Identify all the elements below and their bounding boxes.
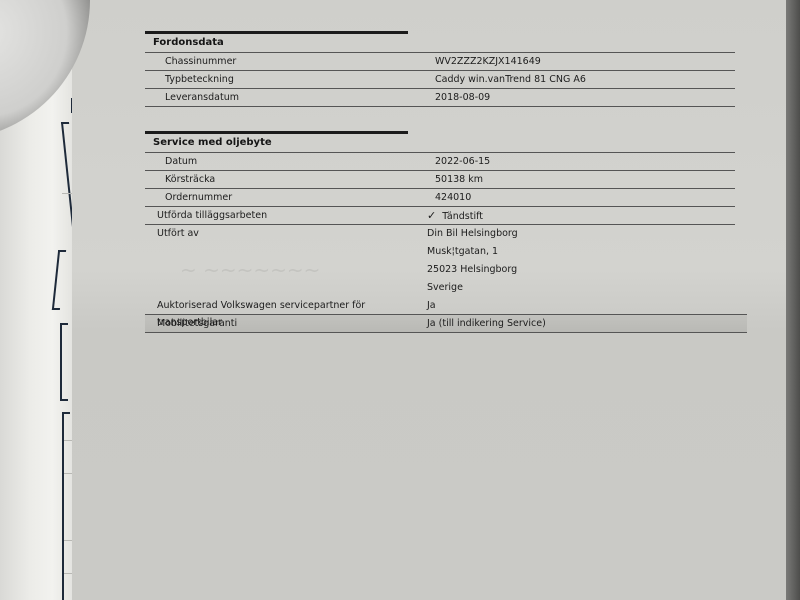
section-title: Fordonsdata (145, 34, 735, 53)
row-label: Datum (145, 153, 435, 170)
ruler-tick (62, 193, 72, 194)
row-value: Ja (427, 297, 747, 314)
table-row-chassinummer: Chassinummer WV2ZZZ2KZJX141649 (145, 53, 735, 71)
address-line: Sverige (427, 279, 735, 297)
table-row-leveransdatum: Leveransdatum 2018-08-09 (145, 89, 735, 107)
section-title: Service med oljebyte (145, 134, 735, 153)
row-label: Utförda tilläggsarbeten (145, 207, 427, 224)
table-row-datum: Datum 2022-06-15 (145, 153, 735, 171)
row-value: 50138 km (435, 171, 735, 188)
table-row-korstracka: Körsträcka 50138 km (145, 171, 735, 189)
table-row-typbeteckning: Typbeteckning Caddy win.vanTrend 81 CNG … (145, 71, 735, 89)
table-row-auktoriserad: Auktoriserad Volkswagen servicepartner f… (145, 297, 747, 315)
address-line: 25023 Helsingborg (427, 261, 735, 279)
row-value: Ja (till indikering Service) (427, 315, 747, 332)
row-label: Mobilitetsgaranti (145, 315, 427, 332)
sheet-edge-shadow (786, 0, 800, 600)
address-line: Din Bil Helsingborg (427, 225, 735, 243)
row-value: Caddy win.vanTrend 81 CNG A6 (435, 71, 735, 88)
table-row-utfort-av: Utfört av Din Bil Helsingborg Musk¦tgata… (145, 225, 735, 297)
section-service: Service med oljebyte Datum 2022-06-15 Kö… (145, 131, 735, 333)
table-row-mobilitetsgaranti: Mobilitetsgaranti Ja (till indikering Se… (145, 315, 747, 333)
row-label: Leveransdatum (145, 89, 435, 106)
row-label: Ordernummer (145, 189, 435, 206)
row-value: ✓Tändstift (427, 207, 735, 224)
dealer-address: Din Bil Helsingborg Musk¦tgatan, 1 25023… (427, 225, 735, 297)
binder-mark (60, 323, 62, 401)
row-value: 2018-08-09 (435, 89, 735, 106)
table-row-ordernummer: Ordernummer 424010 (145, 189, 735, 207)
checkmark-icon: ✓ (427, 209, 436, 222)
table-row-tillaggsarbeten: Utförda tilläggsarbeten ✓Tändstift (145, 207, 735, 225)
address-line: Musk¦tgatan, 1 (427, 243, 735, 261)
row-value: 2022-06-15 (435, 153, 735, 170)
row-label: Körsträcka (145, 171, 435, 188)
row-label: Typbeteckning (145, 71, 435, 88)
row-value: WV2ZZZ2KZJX141649 (435, 53, 735, 70)
extra-work-value: Tändstift (442, 211, 483, 222)
row-value: 424010 (435, 189, 735, 206)
section-fordonsdata: Fordonsdata Chassinummer WV2ZZZ2KZJX1416… (145, 31, 735, 107)
row-label: Auktoriserad Volkswagen servicepartner f… (145, 297, 427, 314)
row-label: Chassinummer (145, 53, 435, 70)
row-label: Utfört av (145, 225, 427, 297)
